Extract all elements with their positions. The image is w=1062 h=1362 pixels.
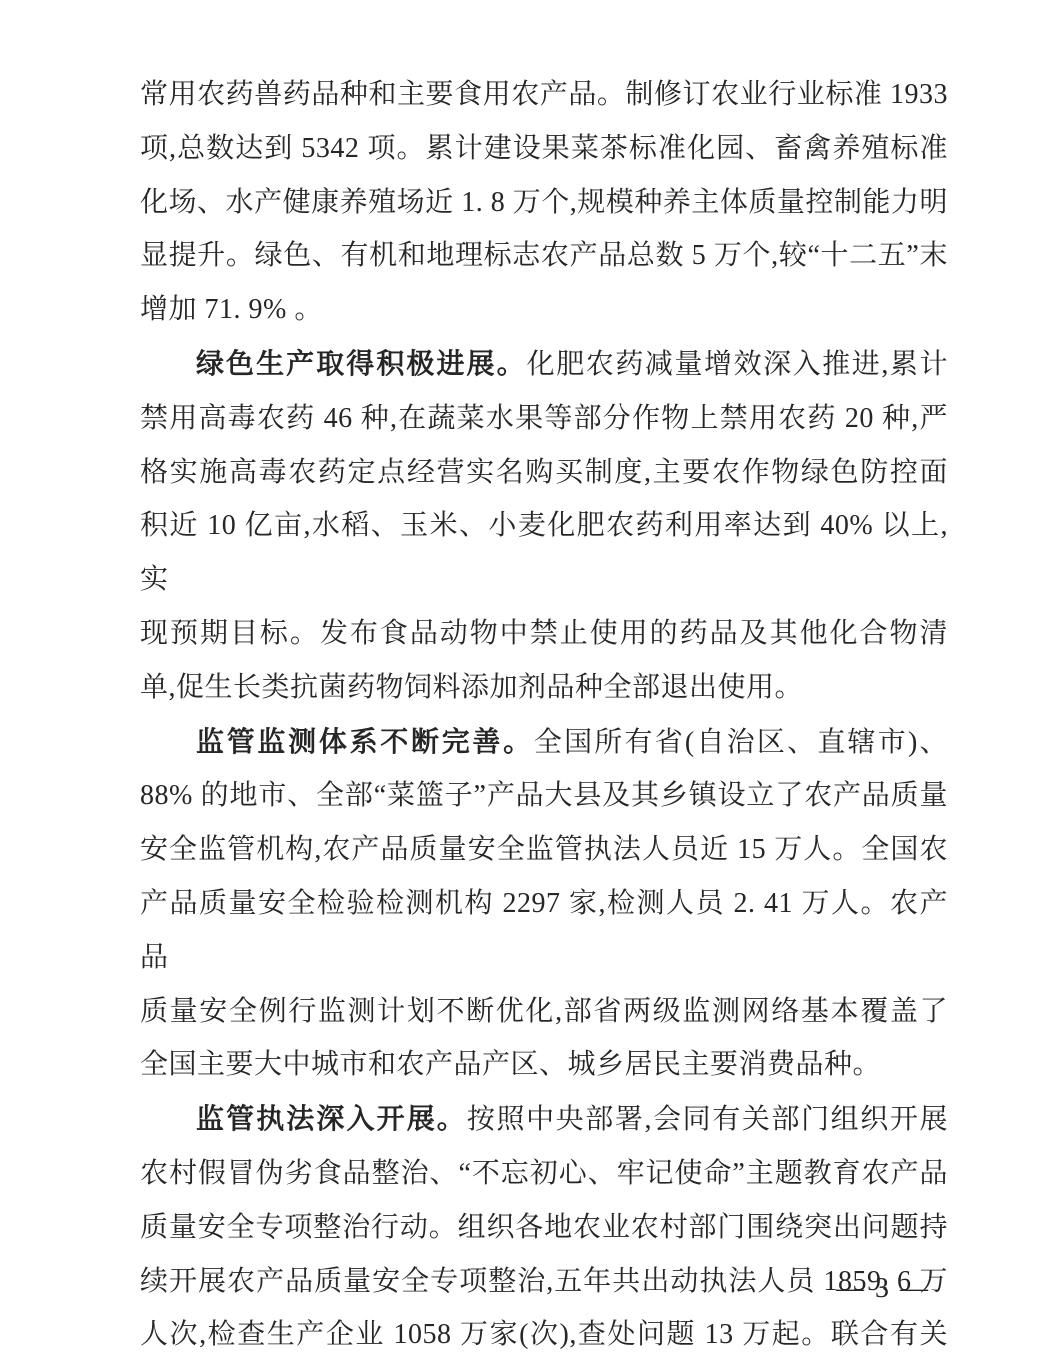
paragraph-lead-heading: 监管执法深入开展。 <box>196 1103 467 1134</box>
text-line: 格实施高毒农药定点经营实名购买制度,主要农作物绿色防控面 <box>140 446 948 500</box>
document-page: 常用农药兽药品种和主要食用农产品。制修订农业行业标准 1933 项,总数达到 5… <box>0 0 1062 1362</box>
text-line: 绿色生产取得积极进展。化肥农药减量增效深入推进,累计 <box>140 337 948 392</box>
text-line: 质量安全专项整治行动。组织各地农业农村部门围绕突出问题持 <box>140 1201 948 1255</box>
text-line: 产品质量安全检验检测机构 2297 家,检测人员 2. 41 万人。农产品 <box>140 877 948 985</box>
paragraph-lead-heading: 绿色生产取得积极进展。 <box>196 348 527 379</box>
paragraph-1: 常用农药兽药品种和主要食用农产品。制修订农业行业标准 1933 项,总数达到 5… <box>140 68 948 337</box>
text-line: 现预期目标。发布食品动物中禁止使用的药品及其他化合物清 <box>140 607 948 661</box>
text-run: 按照中央部署,会同有关部门组织开展 <box>467 1104 948 1135</box>
paragraph-2: 绿色生产取得积极进展。化肥农药减量增效深入推进,累计 禁用高毒农药 46 种,在… <box>140 337 948 715</box>
text-line: 安全监管机构,农产品质量安全监管执法人员近 15 万人。全国农 <box>140 823 948 877</box>
text-run: 全国所有省(自治区、直辖市)、 <box>534 727 948 758</box>
paragraph-lead-heading: 监管监测体系不断完善。 <box>196 726 534 757</box>
text-run: 化肥农药减量增效深入推进,累计 <box>527 349 948 380</box>
text-line: 禁用高毒农药 46 种,在蔬菜水果等部分作物上禁用农药 20 种,严 <box>140 392 948 446</box>
paragraph-4: 监管执法深入开展。按照中央部署,会同有关部门组织开展 农村假冒伪劣食品整治、“不… <box>140 1092 948 1362</box>
text-line: 质量安全例行监测计划不断优化,部省两级监测网络基本覆盖了 <box>140 985 948 1039</box>
text-line: 全国主要大中城市和农产品产区、城乡居民主要消费品种。 <box>140 1038 948 1092</box>
text-line: 积近 10 亿亩,水稻、玉米、小麦化肥农药利用率达到 40% 以上,实 <box>140 499 948 607</box>
text-line: 化场、水产健康养殖场近 1. 8 万个,规模种养主体质量控制能力明 <box>140 176 948 230</box>
page-number: — 3 — <box>836 1272 930 1306</box>
text-line: 显提升。绿色、有机和地理标志农产品总数 5 万个,较“十二五”末 <box>140 229 948 283</box>
text-line: 常用农药兽药品种和主要食用农产品。制修订农业行业标准 1933 <box>140 68 948 122</box>
text-line: 监管执法深入开展。按照中央部署,会同有关部门组织开展 <box>140 1092 948 1147</box>
text-line: 项,总数达到 5342 项。累计建设果菜茶标准化园、畜禽养殖标准 <box>140 122 948 176</box>
text-line: 单,促生长类抗菌药物饲料添加剂品种全部退出使用。 <box>140 661 948 715</box>
text-line: 农村假冒伪劣食品整治、“不忘初心、牢记使命”主题教育农产品 <box>140 1147 948 1201</box>
document-body: 常用农药兽药品种和主要食用农产品。制修订农业行业标准 1933 项,总数达到 5… <box>140 68 948 1362</box>
paragraph-3: 监管监测体系不断完善。全国所有省(自治区、直辖市)、 88% 的地市、全部“菜篮… <box>140 715 948 1093</box>
text-line: 监管监测体系不断完善。全国所有省(自治区、直辖市)、 <box>140 715 948 770</box>
text-line: 88% 的地市、全部“菜篮子”产品大县及其乡镇设立了农产品质量 <box>140 769 948 823</box>
text-line: 人次,检查生产企业 1058 万家(次),查处问题 13 万起。联合有关 <box>140 1308 948 1362</box>
text-line: 增加 71. 9% 。 <box>140 283 948 337</box>
text-line: 续开展农产品质量安全专项整治,五年共出动执法人员 1859. 6 万 <box>140 1255 948 1309</box>
